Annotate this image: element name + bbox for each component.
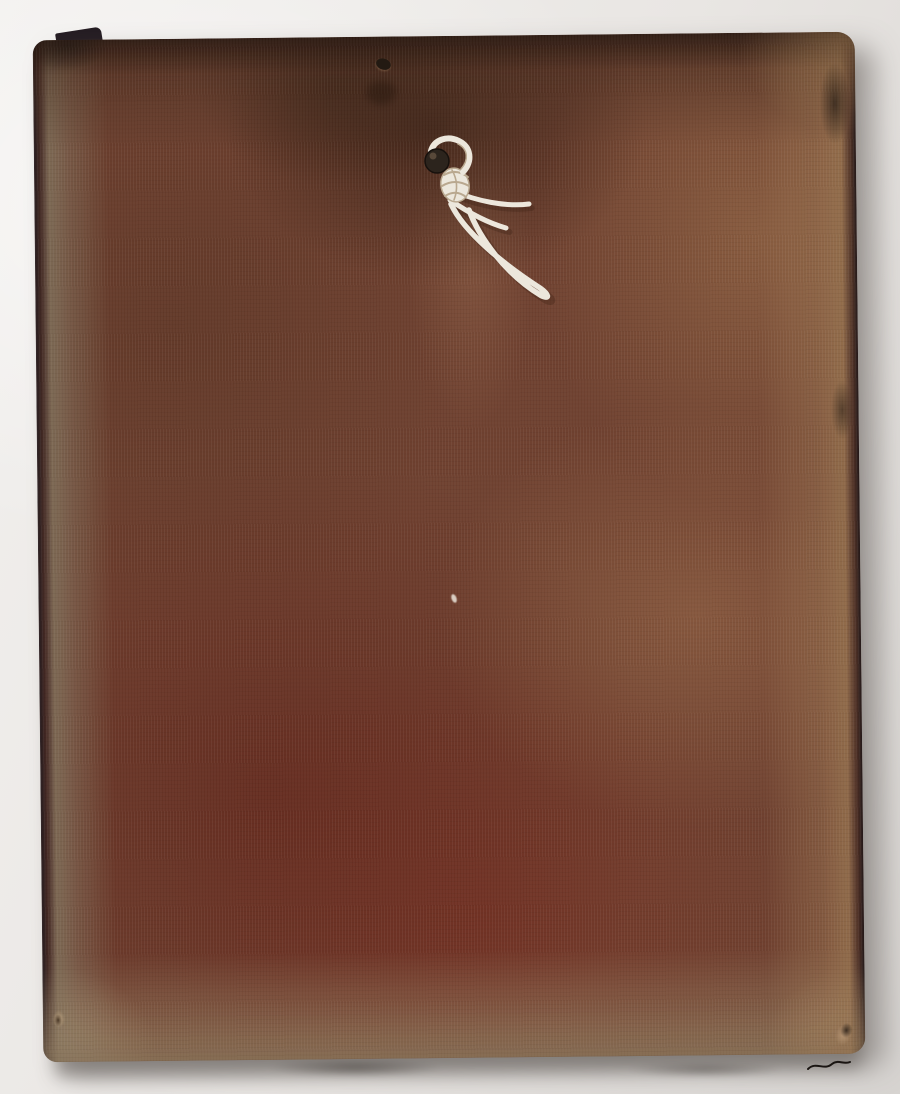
- corner-tear-bottom-right: [830, 1020, 856, 1050]
- photo-background: [0, 0, 900, 1094]
- velvet-book-cover: [33, 32, 866, 1063]
- dark-smudge: [366, 81, 396, 105]
- loose-thread-bottom-right: [800, 1055, 860, 1085]
- lint-speck: [450, 593, 458, 603]
- cast-shadow-bottom-right: [600, 1058, 810, 1080]
- corner-wear-bottom-left: [51, 1008, 67, 1030]
- nail-hole: [375, 57, 393, 72]
